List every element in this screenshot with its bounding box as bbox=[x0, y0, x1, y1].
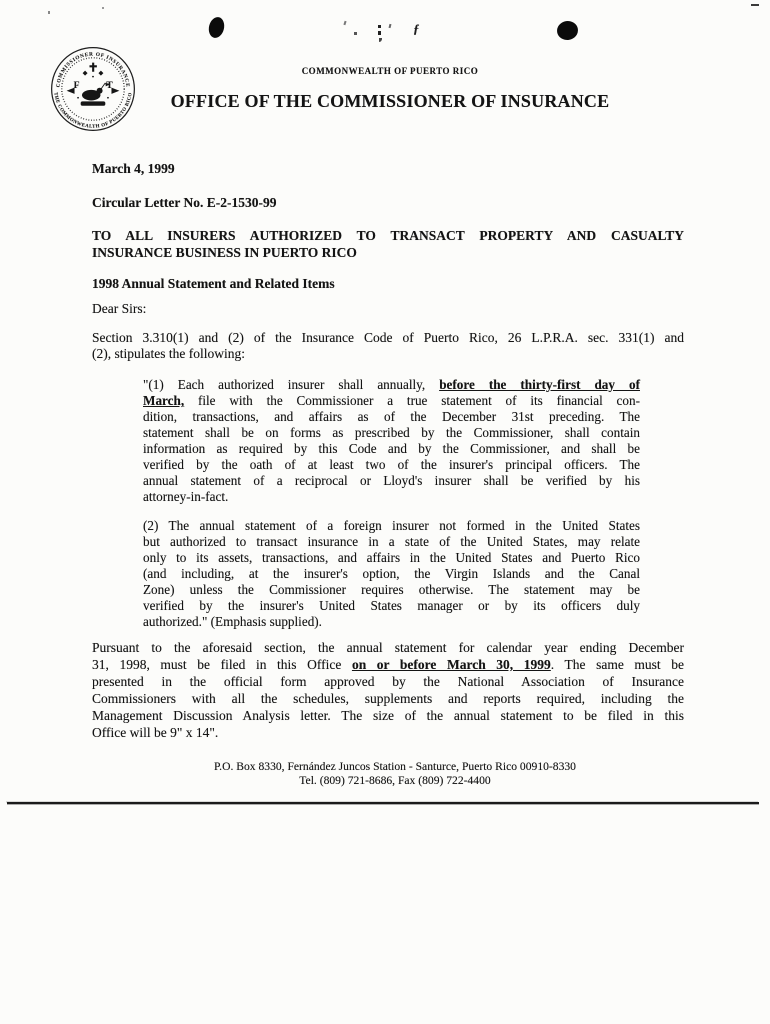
text-run: verified by the oath of at least two of … bbox=[143, 457, 640, 472]
quoted-paragraph-2: (2) The annual statement of a foreign in… bbox=[143, 518, 640, 630]
text-run: Commissioners with all the schedules, su… bbox=[92, 691, 684, 706]
letter-subject: 1998 Annual Statement and Related Items bbox=[92, 276, 684, 292]
scan-artifact-dot-left bbox=[207, 15, 227, 39]
text-line: (2) The annual statement of a foreign in… bbox=[143, 518, 640, 534]
seal-monogram-f: F bbox=[74, 80, 80, 91]
text-line: only to its assets, transactions, and af… bbox=[143, 550, 640, 566]
text-run: TO ALL INSURERS AUTHORIZED TO TRANSACT P… bbox=[92, 228, 684, 243]
text-line: (2), stipulates the following: bbox=[92, 346, 684, 362]
commissioner-seal: COMMISSIONER OF INSURANCE THE COMMONWEAL… bbox=[46, 45, 140, 133]
text-line: (and including, at the insurer's option,… bbox=[143, 566, 640, 582]
scan-speck bbox=[378, 25, 381, 28]
text-run: Management Discussion Analysis letter. T… bbox=[92, 708, 684, 723]
text-run: Zone) unless the Commissioner requires o… bbox=[143, 582, 640, 597]
text-line: attorney-in-fact. bbox=[143, 489, 640, 505]
text-run: information as required by this Code and… bbox=[143, 441, 640, 456]
text-run: only to its assets, transactions, and af… bbox=[143, 550, 640, 565]
scan-speck bbox=[343, 21, 346, 25]
text-run: dition, transactions, and affairs as of … bbox=[143, 409, 640, 424]
text-run: verified by the insurer's United States … bbox=[143, 598, 640, 613]
text-run: file with the Commissioner a true statem… bbox=[184, 393, 640, 408]
text-line: annual statement of a reciprocal or Lloy… bbox=[143, 473, 640, 489]
text-run: before the thirty-first day of bbox=[439, 377, 640, 392]
scan-speck bbox=[378, 31, 381, 35]
text-run: (and including, at the insurer's option,… bbox=[143, 566, 640, 581]
seal-graphic: COMMISSIONER OF INSURANCE THE COMMONWEAL… bbox=[46, 45, 140, 133]
scan-speck bbox=[751, 4, 759, 6]
text-line: March, file with the Commissioner a true… bbox=[143, 393, 640, 409]
office-title: OFFICE OF THE COMMISSIONER OF INSURANCE bbox=[10, 91, 770, 112]
footer-phone: Tel. (809) 721-8686, Fax (809) 722-4400 bbox=[100, 774, 690, 788]
text-run: presented in the official form approved … bbox=[92, 674, 684, 689]
text-line: presented in the official form approved … bbox=[92, 673, 684, 690]
text-line: Office will be 9" x 14". bbox=[92, 724, 684, 741]
text-line: Management Discussion Analysis letter. T… bbox=[92, 707, 684, 724]
text-run: "(1) Each authorized insurer shall annua… bbox=[143, 377, 439, 392]
text-line: Zone) unless the Commissioner requires o… bbox=[143, 582, 640, 598]
intro-paragraph: Section 3.310(1) and (2) of the Insuranc… bbox=[92, 330, 684, 362]
text-line: Commissioners with all the schedules, su… bbox=[92, 690, 684, 707]
text-run: Section 3.310(1) and (2) of the Insuranc… bbox=[92, 330, 684, 345]
text-run: . The same must be bbox=[551, 657, 684, 672]
text-run: on or before March 30, 1999 bbox=[352, 657, 551, 672]
letter-date: March 4, 1999 bbox=[92, 161, 684, 177]
text-line: dition, transactions, and affairs as of … bbox=[143, 409, 640, 425]
text-run: Pursuant to the aforesaid section, the a… bbox=[92, 640, 684, 655]
text-line: TO ALL INSURERS AUTHORIZED TO TRANSACT P… bbox=[92, 227, 684, 244]
seal-dot bbox=[92, 76, 94, 78]
text-run: attorney-in-fact. bbox=[143, 489, 228, 504]
text-line: verified by the insurer's United States … bbox=[143, 598, 640, 614]
text-run: Office will be 9" x 14". bbox=[92, 725, 218, 740]
text-run: (2), stipulates the following: bbox=[92, 346, 245, 361]
scan-speck bbox=[389, 24, 392, 28]
text-line: "(1) Each authorized insurer shall annua… bbox=[143, 377, 640, 393]
text-line: INSURANCE BUSINESS IN PUERTO RICO bbox=[92, 244, 684, 261]
commonwealth-label: COMMONWEALTH OF PUERTO RICO bbox=[10, 66, 770, 76]
scan-artifact-dot-right bbox=[556, 19, 580, 41]
text-run: authorized." (Emphasis supplied). bbox=[143, 614, 322, 629]
text-line: authorized." (Emphasis supplied). bbox=[143, 614, 640, 630]
text-line: but authorized to transact insurance in … bbox=[143, 534, 640, 550]
text-run: 31, 1998, must be filed in this Office bbox=[92, 657, 352, 672]
scanned-letter-page: ƒ COMMISSIONER OF INSURANCE THE COMMONWE… bbox=[0, 0, 770, 1024]
scan-squiggle-mark: ƒ bbox=[413, 21, 420, 37]
text-line: information as required by this Code and… bbox=[143, 441, 640, 457]
text-line: verified by the oath of at least two of … bbox=[143, 457, 640, 473]
text-line: statement shall be on forms as prescribe… bbox=[143, 425, 640, 441]
text-line: 31, 1998, must be filed in this Office o… bbox=[92, 656, 684, 673]
scan-speck bbox=[102, 7, 104, 9]
scan-speck bbox=[354, 32, 357, 35]
footer-address: P.O. Box 8330, Fernández Juncos Station … bbox=[100, 760, 690, 774]
footer-address-block: P.O. Box 8330, Fernández Juncos Station … bbox=[100, 760, 690, 787]
footer-divider-rule bbox=[7, 802, 759, 804]
letter-reference-number: Circular Letter No. E-2-1530-99 bbox=[92, 195, 684, 211]
text-line: Section 3.310(1) and (2) of the Insuranc… bbox=[92, 330, 684, 346]
text-run: but authorized to transact insurance in … bbox=[143, 534, 640, 549]
text-run: March, bbox=[143, 393, 184, 408]
quoted-paragraph-1: "(1) Each authorized insurer shall annua… bbox=[143, 377, 640, 505]
closing-paragraph: Pursuant to the aforesaid section, the a… bbox=[92, 639, 684, 741]
text-line: Pursuant to the aforesaid section, the a… bbox=[92, 639, 684, 656]
scan-speck bbox=[379, 38, 382, 42]
text-run: annual statement of a reciprocal or Lloy… bbox=[143, 473, 640, 488]
text-run: statement shall be on forms as prescribe… bbox=[143, 425, 640, 440]
text-run: (2) The annual statement of a foreign in… bbox=[143, 518, 640, 533]
letter-recipient: TO ALL INSURERS AUTHORIZED TO TRANSACT P… bbox=[92, 227, 684, 261]
letter-salutation: Dear Sirs: bbox=[92, 301, 684, 317]
text-run: INSURANCE BUSINESS IN PUERTO RICO bbox=[92, 245, 357, 260]
scan-speck bbox=[48, 11, 50, 14]
